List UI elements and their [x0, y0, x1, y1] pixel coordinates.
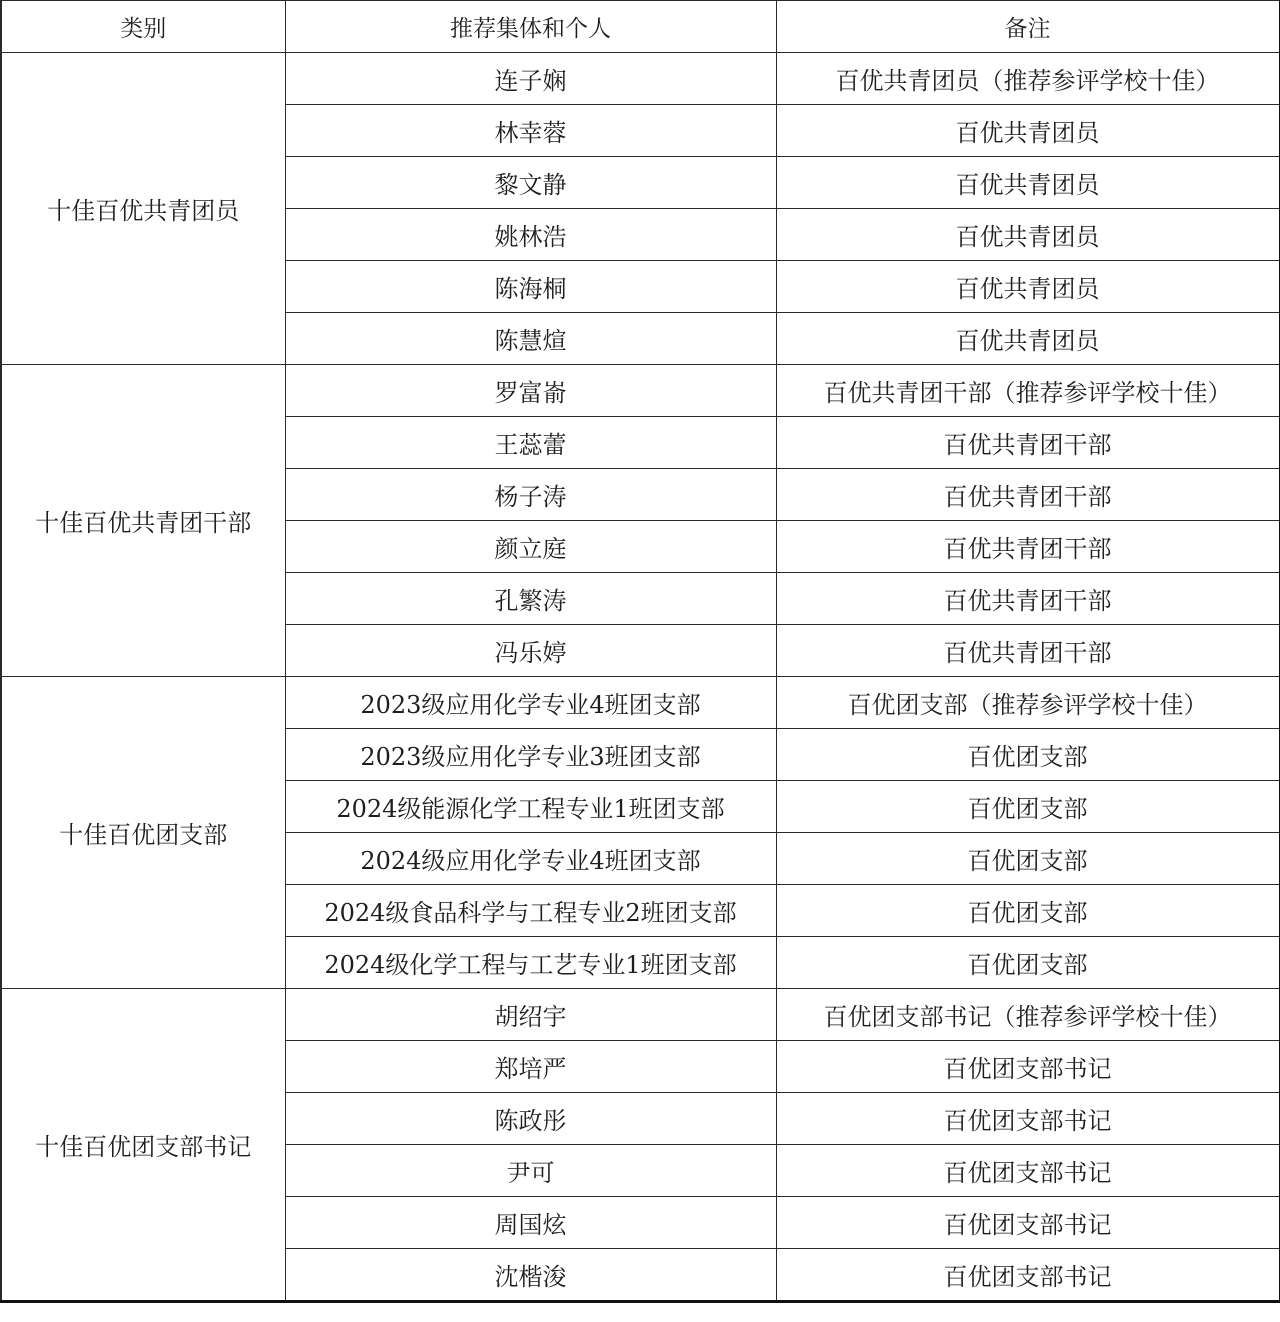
header-category: 类别: [1, 1, 285, 53]
note-cell: 百优共青团员: [776, 209, 1280, 261]
table-row: 十佳百优共青团员连子娴百优共青团员（推荐参评学校十佳）: [1, 53, 1280, 105]
table-row: 十佳百优团支部书记胡绍宇百优团支部书记（推荐参评学校十佳）: [1, 989, 1280, 1041]
nominee-cell: 冯乐婷: [285, 625, 776, 677]
nominee-cell: 尹可: [285, 1145, 776, 1197]
note-cell: 百优共青团员: [776, 105, 1280, 157]
note-cell: 百优团支部书记: [776, 1249, 1280, 1302]
nominee-cell: 2024级化学工程与工艺专业1班团支部: [285, 937, 776, 989]
note-cell: 百优团支部书记（推荐参评学校十佳）: [776, 989, 1280, 1041]
note-cell: 百优团支部: [776, 885, 1280, 937]
category-cell: 十佳百优团支部书记: [1, 989, 285, 1302]
nominee-cell: 2024级能源化学工程专业1班团支部: [285, 781, 776, 833]
nominee-cell: 2023级应用化学专业4班团支部: [285, 677, 776, 729]
recommendation-table: 类别 推荐集体和个人 备注 十佳百优共青团员连子娴百优共青团员（推荐参评学校十佳…: [0, 0, 1280, 1303]
nominee-cell: 林幸蓉: [285, 105, 776, 157]
nominee-cell: 颜立庭: [285, 521, 776, 573]
nominee-cell: 黎文静: [285, 157, 776, 209]
nominee-cell: 杨子涛: [285, 469, 776, 521]
note-cell: 百优共青团干部（推荐参评学校十佳）: [776, 365, 1280, 417]
note-cell: 百优团支部书记: [776, 1145, 1280, 1197]
note-cell: 百优团支部: [776, 937, 1280, 989]
note-cell: 百优团支部（推荐参评学校十佳）: [776, 677, 1280, 729]
table-row: 十佳百优共青团干部罗富嵛百优共青团干部（推荐参评学校十佳）: [1, 365, 1280, 417]
header-nominee: 推荐集体和个人: [285, 1, 776, 53]
table-body: 十佳百优共青团员连子娴百优共青团员（推荐参评学校十佳）林幸蓉百优共青团员黎文静百…: [1, 53, 1280, 1302]
note-cell: 百优共青团干部: [776, 469, 1280, 521]
note-cell: 百优共青团干部: [776, 625, 1280, 677]
note-cell: 百优共青团干部: [776, 521, 1280, 573]
note-cell: 百优团支部书记: [776, 1041, 1280, 1093]
nominee-cell: 2024级应用化学专业4班团支部: [285, 833, 776, 885]
nominee-cell: 孔繁涛: [285, 573, 776, 625]
note-cell: 百优团支部: [776, 729, 1280, 781]
note-cell: 百优共青团员（推荐参评学校十佳）: [776, 53, 1280, 105]
note-cell: 百优团支部书记: [776, 1197, 1280, 1249]
nominee-cell: 胡绍宇: [285, 989, 776, 1041]
table-row: 十佳百优团支部2023级应用化学专业4班团支部百优团支部（推荐参评学校十佳）: [1, 677, 1280, 729]
note-cell: 百优共青团员: [776, 157, 1280, 209]
nominee-cell: 姚林浩: [285, 209, 776, 261]
nominee-cell: 2024级食品科学与工程专业2班团支部: [285, 885, 776, 937]
nominee-cell: 陈慧煊: [285, 313, 776, 365]
note-cell: 百优团支部书记: [776, 1093, 1280, 1145]
nominee-cell: 连子娴: [285, 53, 776, 105]
nominee-cell: 周国炫: [285, 1197, 776, 1249]
nominee-cell: 陈海桐: [285, 261, 776, 313]
nominee-cell: 罗富嵛: [285, 365, 776, 417]
note-cell: 百优团支部: [776, 781, 1280, 833]
nominee-cell: 沈楷浚: [285, 1249, 776, 1302]
nominee-cell: 陈政彤: [285, 1093, 776, 1145]
nominee-cell: 2023级应用化学专业3班团支部: [285, 729, 776, 781]
note-cell: 百优共青团干部: [776, 573, 1280, 625]
note-cell: 百优共青团员: [776, 261, 1280, 313]
note-cell: 百优共青团员: [776, 313, 1280, 365]
category-cell: 十佳百优共青团员: [1, 53, 285, 365]
category-cell: 十佳百优团支部: [1, 677, 285, 989]
note-cell: 百优团支部: [776, 833, 1280, 885]
note-cell: 百优共青团干部: [776, 417, 1280, 469]
category-cell: 十佳百优共青团干部: [1, 365, 285, 677]
header-row: 类别 推荐集体和个人 备注: [1, 1, 1280, 53]
header-note: 备注: [776, 1, 1280, 53]
nominee-cell: 郑培严: [285, 1041, 776, 1093]
nominee-cell: 王蕊蕾: [285, 417, 776, 469]
